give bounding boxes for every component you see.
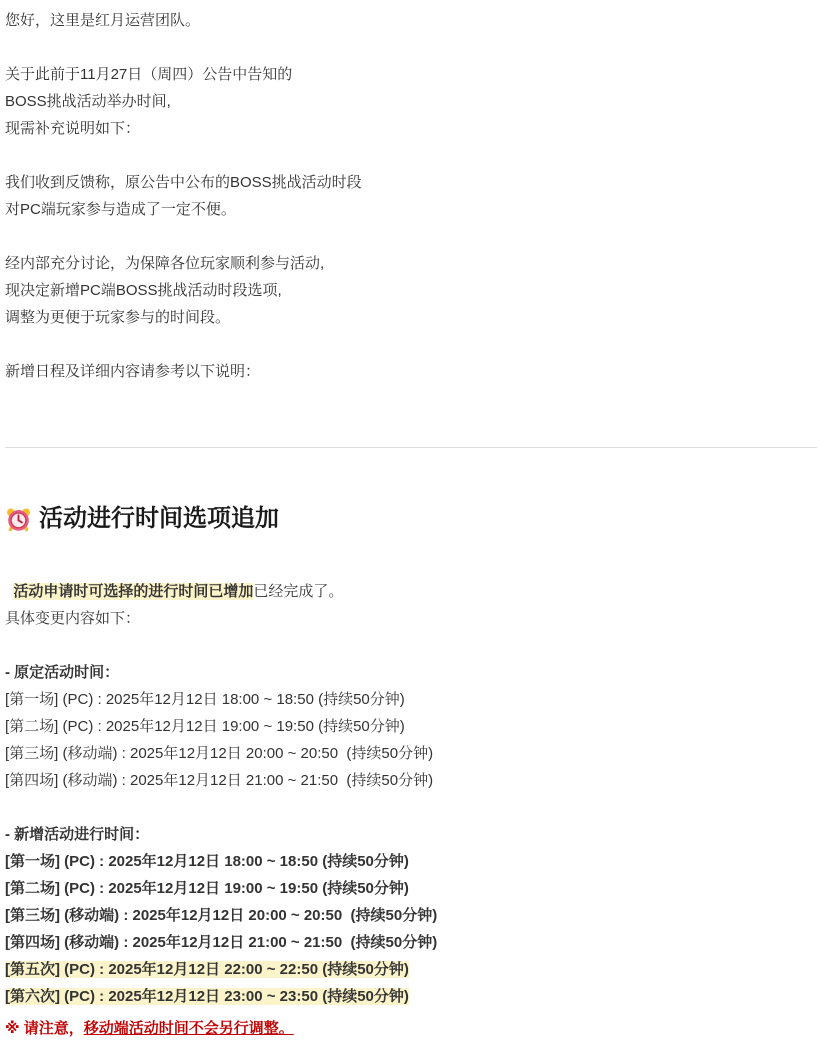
- section-heading: 活动进行时间选项追加: [5, 502, 813, 536]
- lead-highlight-text: 活动申请时可选择的进行时间已增加: [13, 583, 253, 600]
- lead-sentence: 活动申请时可选择的进行时间已增加已经完成了。: [5, 551, 813, 605]
- lead-rest-text: 已经完成了。: [253, 583, 343, 600]
- intro-paragraph-refer: 新增日程及详细内容请参考以下说明：: [5, 358, 813, 385]
- added-times-block: - 新增活动进行时间： [第一场] (PC) : 2025年12月12日 18:…: [5, 821, 813, 1042]
- intro-line: BOSS挑战活动举办时间,: [5, 88, 813, 115]
- intro-line: 现决定新增PC端BOSS挑战活动时段选项,: [5, 277, 813, 304]
- highlight-time-text: [第六次] (PC) : 2025年12月12日 23:00 ~ 23:50 (…: [5, 988, 409, 1005]
- highlight-time-text: [第五次] (PC) : 2025年12月12日 22:00 ~ 22:50 (…: [5, 961, 409, 978]
- intro-paragraph-greeting: 您好，这里是红月运营团队。: [5, 7, 813, 34]
- added-time-item-6-highlighted: [第六次] (PC) : 2025年12月12日 23:00 ~ 23:50 (…: [5, 983, 813, 1010]
- original-times-block: - 原定活动时间： [第一场] (PC) : 2025年12月12日 18:00…: [5, 659, 813, 794]
- added-time-item-1: [第一场] (PC) : 2025年12月12日 18:00 ~ 18:50 (…: [5, 848, 813, 875]
- added-time-item-4: [第四场] (移动端) : 2025年12月12日 21:00 ~ 21:50 …: [5, 929, 813, 956]
- added-time-item-5-highlighted: [第五次] (PC) : 2025年12月12日 22:00 ~ 22:50 (…: [5, 956, 813, 983]
- added-time-item-2: [第二场] (PC) : 2025年12月12日 19:00 ~ 19:50 (…: [5, 875, 813, 902]
- intro-line: 关于此前于11月27日（周四）公告中告知的: [5, 61, 813, 88]
- intro-line: 现需补充说明如下：: [5, 115, 813, 142]
- original-time-item-3: [第三场] (移动端) : 2025年12月12日 20:00 ~ 20:50 …: [5, 740, 813, 767]
- added-time-item-3: [第三场] (移动端) : 2025年12月12日 20:00 ~ 20:50 …: [5, 902, 813, 929]
- page-root: { "colors": { "text": "#333333", "highli…: [0, 0, 823, 1055]
- intro-line: 经内部充分讨论，为保障各位玩家顺利参与活动,: [5, 250, 813, 277]
- note-underlined-text: 移动端活动时间不会另行调整。: [84, 1020, 294, 1037]
- intro-line: 调整为更便于玩家参与的时间段。: [5, 304, 813, 331]
- intro-line: 您好，这里是红月运营团队。: [5, 7, 813, 34]
- added-times-title: - 新增活动进行时间：: [5, 821, 813, 848]
- section-divider: [5, 447, 817, 448]
- original-time-item-4: [第四场] (移动端) : 2025年12月12日 21:00 ~ 21:50 …: [5, 767, 813, 794]
- intro-line: 对PC端玩家参与造成了一定不便。: [5, 196, 813, 223]
- mobile-time-note: ※ 请注意，移动端活动时间不会另行调整。: [5, 1015, 813, 1042]
- original-times-title: - 原定活动时间：: [5, 659, 813, 686]
- intro-line: 新增日程及详细内容请参考以下说明：: [5, 358, 813, 385]
- intro-paragraph-decision: 经内部充分讨论，为保障各位玩家顺利参与活动, 现决定新增PC端BOSS挑战活动时…: [5, 250, 813, 331]
- subheading: 具体变更内容如下：: [5, 605, 813, 632]
- section-title: 活动进行时间选项追加: [39, 502, 279, 536]
- intro-paragraph-feedback: 我们收到反馈称，原公告中公布的BOSS挑战活动时段 对PC端玩家参与造成了一定不…: [5, 169, 813, 223]
- note-prefix: ※ 请注意，: [5, 1020, 84, 1037]
- alarm-clock-icon: [5, 506, 32, 533]
- intro-line: 我们收到反馈称，原公告中公布的BOSS挑战活动时段: [5, 169, 813, 196]
- intro-paragraph-context: 关于此前于11月27日（周四）公告中告知的 BOSS挑战活动举办时间, 现需补充…: [5, 61, 813, 142]
- original-time-item-1: [第一场] (PC) : 2025年12月12日 18:00 ~ 18:50 (…: [5, 686, 813, 713]
- original-time-item-2: [第二场] (PC) : 2025年12月12日 19:00 ~ 19:50 (…: [5, 713, 813, 740]
